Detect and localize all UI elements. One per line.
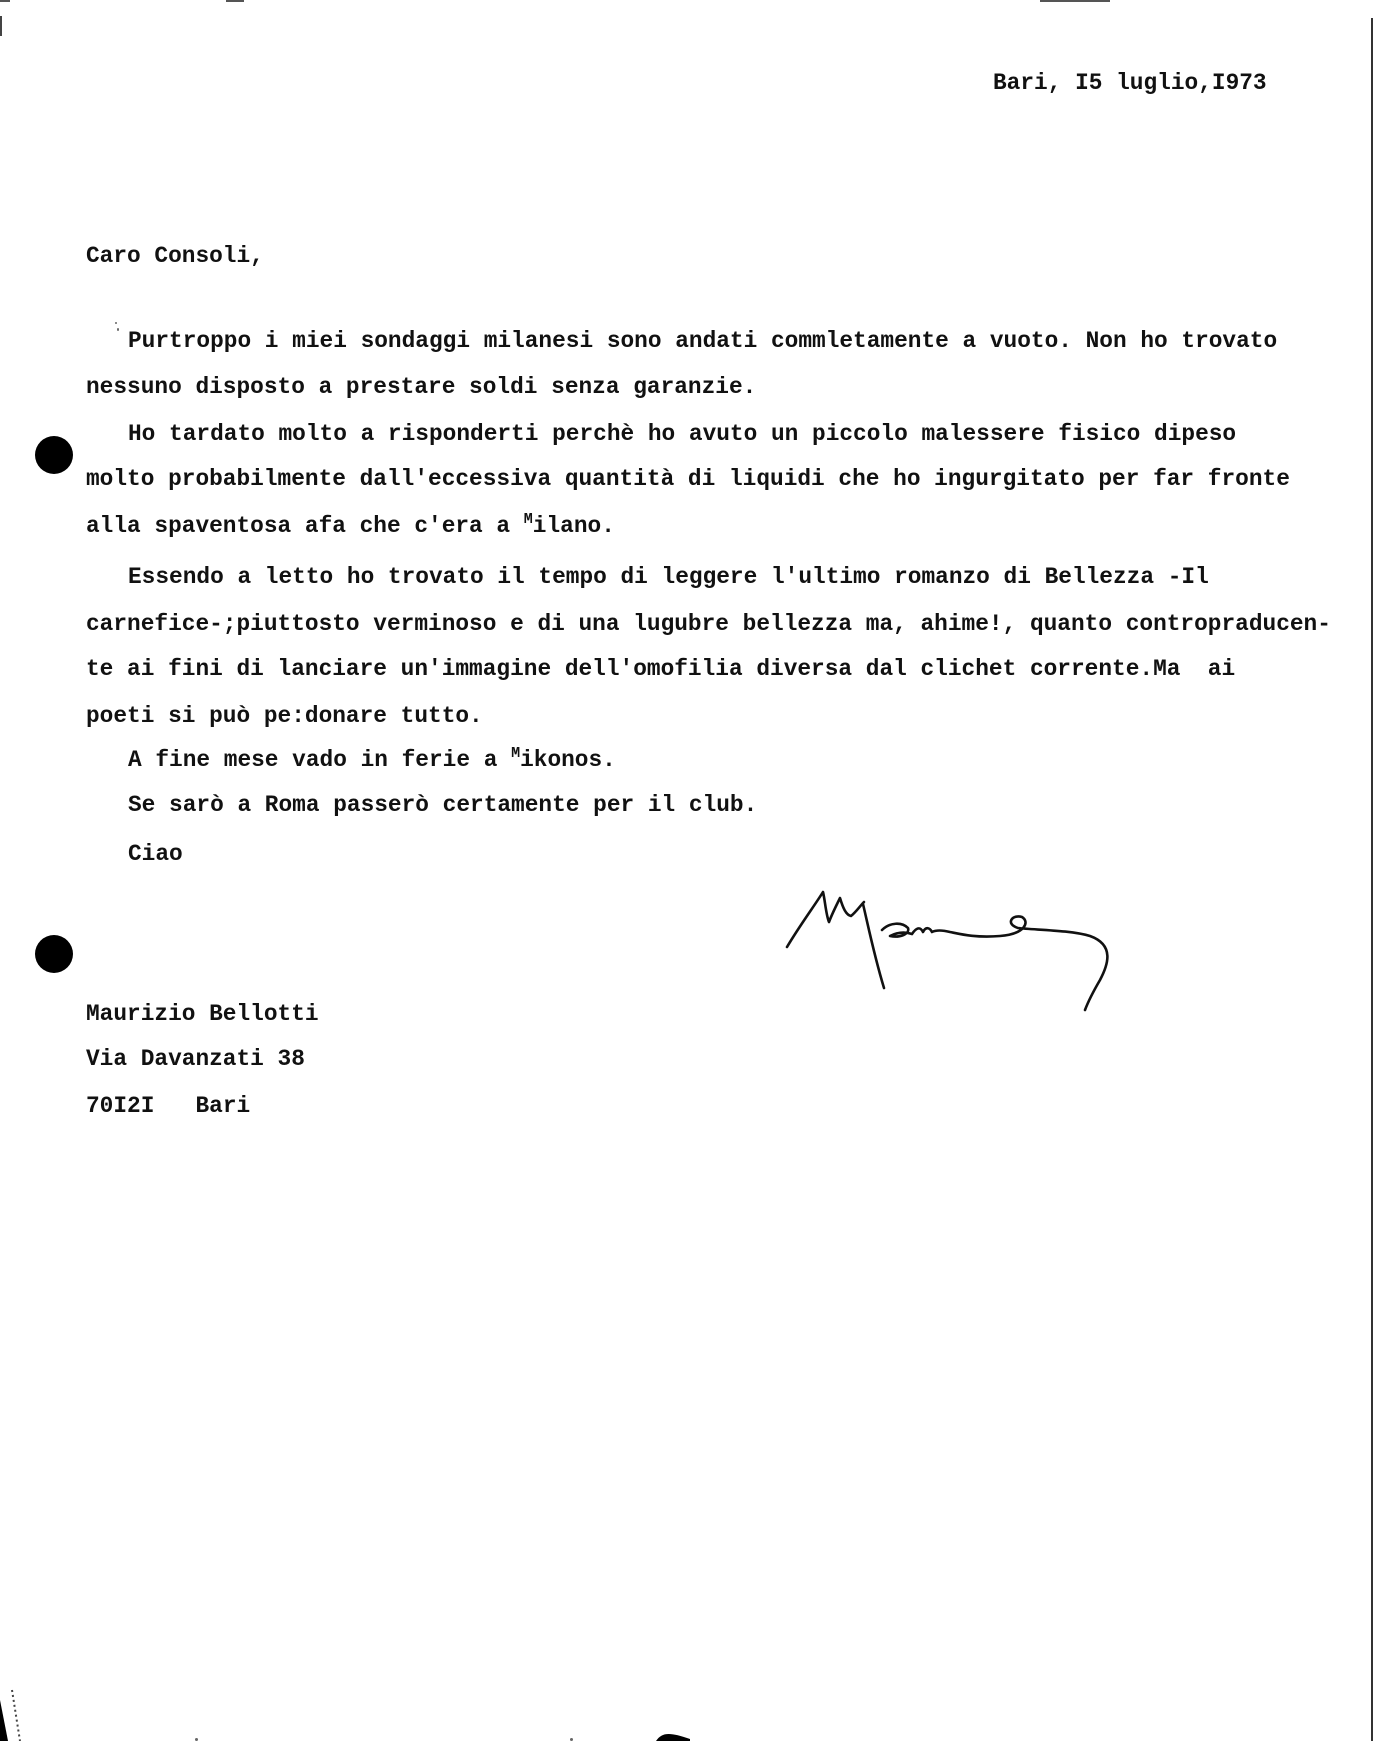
- closing: Ciao: [128, 843, 183, 866]
- salutation: Caro Consoli,: [86, 245, 264, 268]
- hole-punch-icon: [35, 436, 73, 474]
- body-line: nessuno disposto a prestare soldi senza …: [86, 376, 756, 399]
- sender-name: Maurizio Bellotti: [86, 1003, 319, 1026]
- body-line: Essendo a letto ho trovato il tempo di l…: [128, 566, 1209, 589]
- body-line: Purtroppo i miei sondaggi milanesi sono …: [128, 330, 1277, 353]
- body-line: molto probabilmente dall'eccessiva quant…: [86, 468, 1290, 491]
- scan-artifact-icon: [650, 1730, 700, 1741]
- body-line: Se sarò a Roma passerò certamente per il…: [128, 794, 757, 817]
- letter-page: Bari, I5 luglio,I973 Caro Consoli, Purtr…: [0, 0, 1374, 1741]
- scan-mark: [226, 0, 244, 2]
- sender-postal-city: 70I2I Bari: [86, 1095, 250, 1118]
- ink-speck: [115, 322, 117, 324]
- scan-mark: [1040, 0, 1110, 2]
- scan-edge-line: [1371, 18, 1373, 1741]
- body-line: alla spaventosa afa che c'era a Milano.: [86, 515, 615, 538]
- hole-punch-icon: [35, 935, 73, 973]
- body-line: poeti si può pe:donare tutto.: [86, 705, 483, 728]
- ink-speck: [117, 328, 119, 331]
- date-line: Bari, I5 luglio,I973: [993, 72, 1267, 95]
- scan-artifact-icon: [0, 1660, 40, 1741]
- body-line: carnefice-;piuttosto verminoso e di una …: [86, 613, 1331, 636]
- body-line: te ai fini di lanciare un'immagine dell'…: [86, 658, 1235, 681]
- body-line: Ho tardato molto a risponderti perchè ho…: [128, 423, 1236, 446]
- body-line: A fine mese vado in ferie a Mikonos.: [128, 749, 616, 772]
- scan-edge-mark: [0, 16, 2, 36]
- signature-icon: [760, 870, 1140, 1020]
- sender-street: Via Davanzati 38: [86, 1048, 305, 1071]
- scan-mark: [0, 0, 10, 2]
